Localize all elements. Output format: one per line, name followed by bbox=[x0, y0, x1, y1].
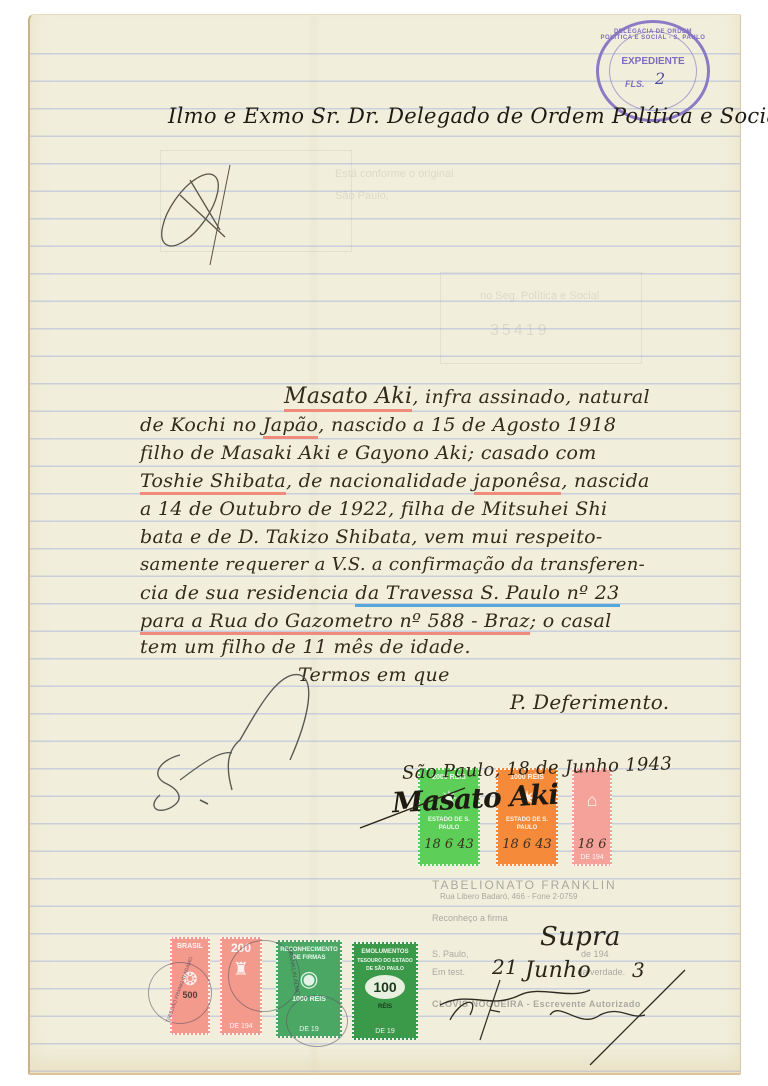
bleedthrough-text-4: 35419 bbox=[490, 322, 550, 340]
petition-line-2: de Kochi no Japão, nascido a 15 de Agost… bbox=[140, 414, 616, 436]
building-emblem-icon: ⌂ bbox=[574, 790, 610, 811]
stamp-cancel-date: 18 6 43 bbox=[498, 837, 556, 852]
notary-recognition-value: Supra bbox=[540, 922, 621, 952]
postmark-cancel-2: FRANKLIN ALMO bbox=[228, 940, 300, 1012]
seal-ring-text: DELEGACIA DE ORDEM POLITICA E SOCIAL - S… bbox=[599, 29, 707, 41]
revenue-stamp-pink: ⌂ 18 6 DE 194 bbox=[572, 768, 612, 866]
bleedthrough-text-1: Está conforme o original bbox=[335, 168, 454, 180]
stamp-issuer: ESTADO DE S. PAULO bbox=[498, 812, 556, 832]
revenue-stamp-emolumentos: EMOLUMENTOS TESOURO DO ESTADO DE SÃO PAU… bbox=[352, 942, 418, 1040]
petition-line-10: tem um filho de 11 mês de idade. bbox=[140, 636, 471, 658]
bleedthrough-text-2: São Paulo, bbox=[335, 190, 389, 202]
salutation-header: Ilmo e Exmo Sr. Dr. Delegado de Ordem Po… bbox=[168, 104, 768, 128]
postmark-text: TABELIÃO FRANKLIN ADAMO bbox=[165, 956, 194, 1024]
petition-line-4-post: , nascida bbox=[561, 470, 649, 492]
stamp-cancel-date: 18 6 bbox=[574, 837, 610, 852]
seal-fls-number: 2 bbox=[655, 69, 665, 88]
notary-title: TABELIONATO FRANKLIN bbox=[432, 878, 682, 892]
margin-mark-icon bbox=[140, 665, 320, 815]
petition-line-4-mid: , de nacionalidade bbox=[286, 470, 474, 492]
spouse-name: Toshie Shibata bbox=[140, 470, 286, 495]
new-address: para a Rua do Gazometro nº 588 - Braz bbox=[140, 610, 530, 635]
stamp-footer: DE 194 bbox=[222, 1023, 260, 1030]
petition-line-1-text: , infra assinado, natural bbox=[412, 386, 649, 408]
seal-title: EXPEDIENTE bbox=[599, 56, 707, 67]
stamp-top-text: BRASIL bbox=[172, 939, 208, 951]
closing-deferimento: P. Deferimento. bbox=[510, 690, 669, 714]
notary-address: Rua Libero Badaró, 466 - Fone 2-0759 bbox=[440, 892, 682, 901]
petition-line-6: bata e de D. Takizo Shibata, vem mui res… bbox=[140, 526, 603, 548]
petition-line-1: Masato Aki, infra assinado, natural bbox=[284, 384, 650, 409]
petition-line-2-pre: de Kochi no bbox=[140, 414, 263, 436]
bleedthrough-box-2 bbox=[440, 272, 642, 364]
previous-address: da Travessa S. Paulo nº 23 bbox=[355, 582, 619, 607]
petition-line-9-post: ; o casal bbox=[530, 610, 612, 632]
stamp-footer: DE 19 bbox=[354, 1028, 416, 1035]
stamp-unit: RÉIS bbox=[354, 999, 416, 1011]
notary-city: S. Paulo, bbox=[432, 949, 469, 959]
notary-signature-icon bbox=[430, 960, 700, 1070]
petition-line-2-post: , nascido a 15 de Agosto 1918 bbox=[318, 414, 616, 436]
signature-stroke-icon bbox=[355, 780, 475, 840]
seal-fls-label: FLS. bbox=[625, 79, 645, 89]
postmark-cancel-1: TABELIÃO FRANKLIN ADAMO bbox=[148, 962, 212, 1024]
closing-termos: Termos em que bbox=[298, 664, 450, 686]
initial-scribble-icon bbox=[150, 155, 250, 265]
petition-line-5: a 14 de Outubro de 1922, filha de Mitsuh… bbox=[140, 498, 607, 520]
petitioner-name: Masato Aki bbox=[284, 384, 412, 412]
spouse-nationality: japonêsa bbox=[474, 470, 562, 495]
stamp-subtitle: TESOURO DO ESTADO DE SÃO PAULO bbox=[354, 956, 416, 973]
petition-line-4: Toshie Shibata, de nacionalidade japonês… bbox=[140, 470, 650, 492]
petition-line-3: filho de Masaki Aki e Gayono Aki; casado… bbox=[140, 442, 597, 464]
stamp-footer: DE 194 bbox=[574, 854, 610, 861]
stamp-value: 100 bbox=[373, 979, 396, 995]
postmark-cancel-3 bbox=[286, 995, 348, 1047]
petition-line-9: para a Rua do Gazometro nº 588 - Braz; o… bbox=[140, 610, 611, 632]
seal-inner-ring bbox=[609, 31, 697, 111]
stamp-value-badge: 100 bbox=[365, 975, 405, 999]
petition-line-8-pre: cia de sua residencia bbox=[140, 582, 355, 604]
bleedthrough-text-3: no Seg. Política e Social bbox=[480, 290, 599, 302]
birth-country: Japão bbox=[263, 414, 318, 439]
stamp-top-text: EMOLUMENTOS bbox=[354, 944, 416, 956]
petition-line-8: cia de sua residencia da Travessa S. Pau… bbox=[140, 582, 620, 604]
petition-line-7: samente requerer a V.S. a confirmação da… bbox=[140, 554, 645, 575]
